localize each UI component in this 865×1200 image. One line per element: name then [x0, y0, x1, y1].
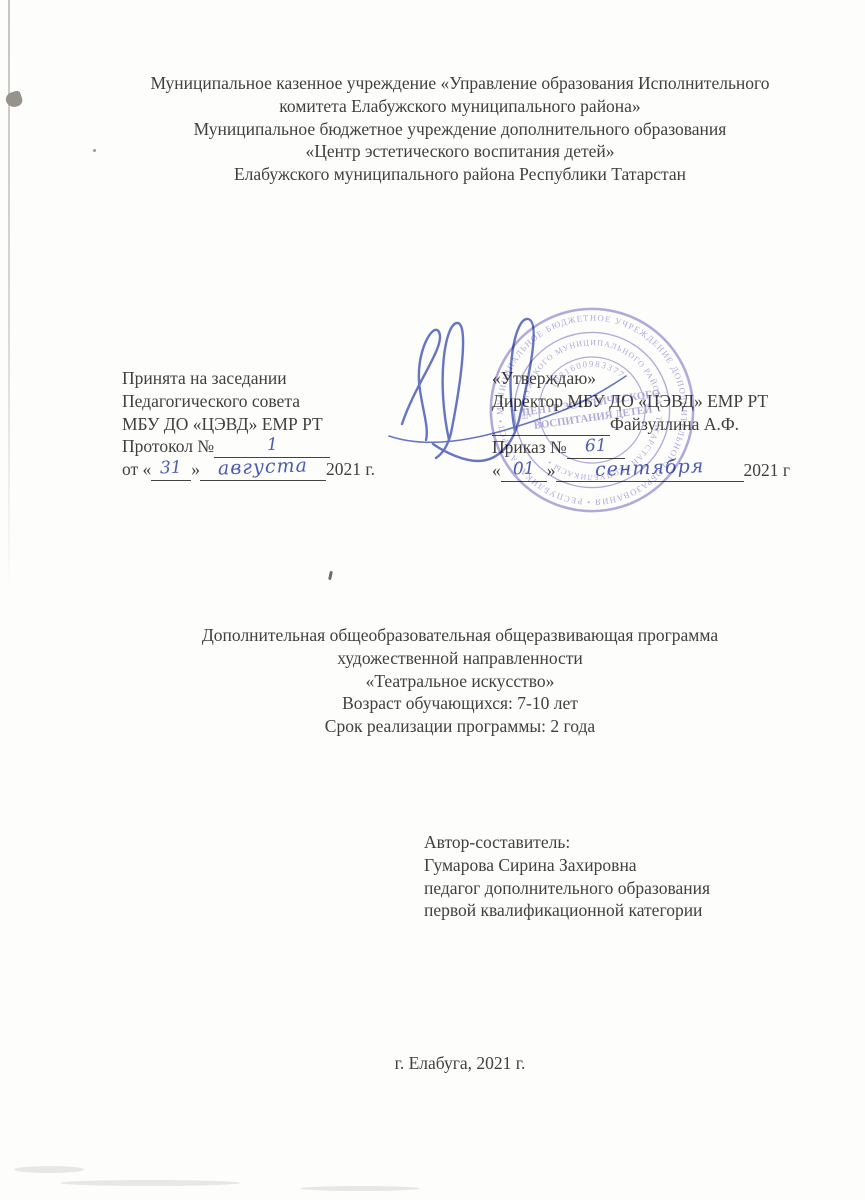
day-underline: 01 [501, 459, 547, 482]
handwritten-month: сентября [594, 456, 704, 481]
director-name: Файзуллина А.Ф. [610, 414, 739, 434]
protocol-label: Протокол № [122, 437, 214, 457]
acceptance-block: Принята на заседании Педагогического сов… [122, 367, 375, 481]
approval-date-line: «01»сентября2021 г [492, 459, 790, 482]
signature-underline [492, 413, 610, 436]
handwritten-month: августа [218, 456, 309, 480]
acceptance-date-line: от «31»августа2021 г. [122, 458, 375, 481]
scan-smudge [300, 1186, 420, 1191]
program-age-line: Возраст обучающихся: 7-10 лет [55, 692, 865, 715]
footer-city-year: г. Елабуга, 2021 г. [55, 1052, 865, 1075]
footer-text: г. Елабуга, 2021 г. [55, 1052, 865, 1075]
approve-word: «Утверждаю» [492, 367, 790, 390]
signature-stroke [436, 323, 463, 458]
program-name: «Театральное искусство» [55, 670, 865, 693]
scan-smudge [60, 1180, 240, 1186]
order-number-underline: 61 [567, 436, 625, 459]
institution-header: Муниципальное казенное учреждение «Управ… [55, 72, 865, 186]
month-underline: августа [200, 458, 326, 481]
director-line: Директор МБУ ДО «ЦЭВД» ЕМР РТ [492, 390, 790, 413]
acceptance-line: МБУ ДО «ЦЭВД» ЕМР РТ [122, 413, 375, 436]
program-duration-line: Срок реализации программы: 2 года [55, 715, 865, 738]
author-name: Гумарова Сирина Захировна [424, 854, 710, 877]
date-suffix: 2021 г. [326, 460, 375, 480]
order-label: Приказ № [492, 437, 567, 457]
handwritten-day: 01 [513, 458, 535, 480]
approval-block: «Утверждаю» Директор МБУ ДО «ЦЭВД» ЕМР Р… [492, 367, 790, 482]
date-prefix: от « [122, 460, 151, 480]
author-category: первой квалификационной категории [424, 899, 710, 922]
header-line: Муниципальное бюджетное учреждение допол… [55, 118, 865, 141]
scan-edge-artifact [8, 0, 10, 594]
acceptance-line: Педагогического совета [122, 390, 375, 413]
signature-stroke [402, 330, 440, 440]
order-number-line: Приказ №61 [492, 436, 790, 459]
quote-close: » [547, 460, 556, 480]
day-underline: 31 [151, 458, 191, 481]
month-underline: сентября [556, 459, 744, 482]
handwritten-protocol-number: 1 [266, 435, 278, 456]
program-title-block: Дополнительная общеобразовательная общер… [55, 624, 865, 738]
date-suffix: 2021 г [744, 460, 791, 480]
handwritten-order-number: 61 [585, 435, 607, 457]
acceptance-line: Принята на заседании [122, 367, 375, 390]
author-label: Автор-составитель: [424, 831, 710, 854]
quote-close: » [191, 460, 200, 480]
signature-name-line: Файзуллина А.Ф. [492, 413, 790, 436]
scanned-document-page: Муниципальное казенное учреждение «Управ… [0, 0, 865, 1200]
header-line: Елабужского муниципального района Респуб… [55, 163, 865, 186]
program-title-line: художественной направленности [55, 647, 865, 670]
protocol-number-line: Протокол №1 [122, 435, 375, 458]
scan-tick-artifact [328, 571, 333, 580]
header-line: «Центр эстетического воспитания детей» [55, 140, 865, 163]
author-block: Автор-составитель: Гумарова Сирина Захир… [424, 831, 710, 922]
handwritten-day: 31 [160, 458, 182, 480]
program-title-line: Дополнительная общеобразовательная общер… [55, 624, 865, 647]
scan-smudge [14, 1166, 84, 1173]
quote-open: « [492, 460, 501, 480]
header-line: комитета Елабужского муниципального райо… [55, 95, 865, 118]
author-role: педагог дополнительного образования [424, 877, 710, 900]
header-line: Муниципальное казенное учреждение «Управ… [55, 72, 865, 95]
